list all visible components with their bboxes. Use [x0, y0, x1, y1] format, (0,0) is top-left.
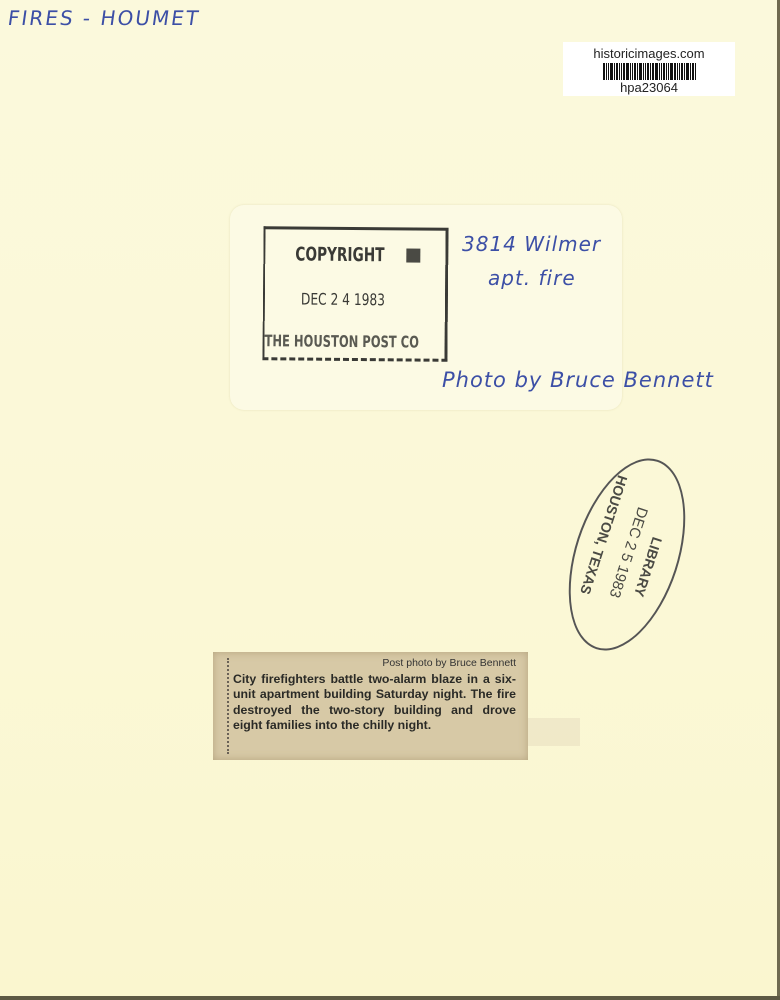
clipping-perforation — [227, 658, 232, 754]
handwritten-address: 3814 Wilmer — [462, 232, 601, 256]
handwritten-description: apt. fire — [488, 266, 576, 290]
clipping-photo-credit: Post photo by Bruce Bennett — [382, 657, 516, 669]
handwritten-header: FIRES - HOUMET — [6, 6, 201, 30]
copyright-stamp-organization: THE HOUSTON POST CO — [265, 331, 420, 351]
copyright-stamp-date: DEC 2 4 1983 — [301, 290, 385, 310]
tape-residue — [528, 718, 580, 746]
barcode-label: historicimages.com hpa23064 — [563, 42, 735, 96]
barcode-site: historicimages.com — [563, 46, 735, 61]
newspaper-clipping: Post photo by Bruce Bennett City firefig… — [213, 652, 528, 760]
barcode-id: hpa23064 — [563, 80, 735, 95]
clipping-caption: City firefighters battle two-alarm blaze… — [233, 672, 516, 734]
copyright-stamp: COPYRIGHT DEC 2 4 1983 THE HOUSTON POST … — [262, 226, 448, 362]
barcode-icon — [563, 63, 735, 80]
paper-edge-bottom — [0, 996, 780, 1000]
copyright-stamp-title: COPYRIGHT — [295, 243, 384, 266]
copyright-symbol-icon — [406, 248, 420, 262]
handwritten-photo-credit: Photo by Bruce Bennett — [442, 368, 714, 392]
